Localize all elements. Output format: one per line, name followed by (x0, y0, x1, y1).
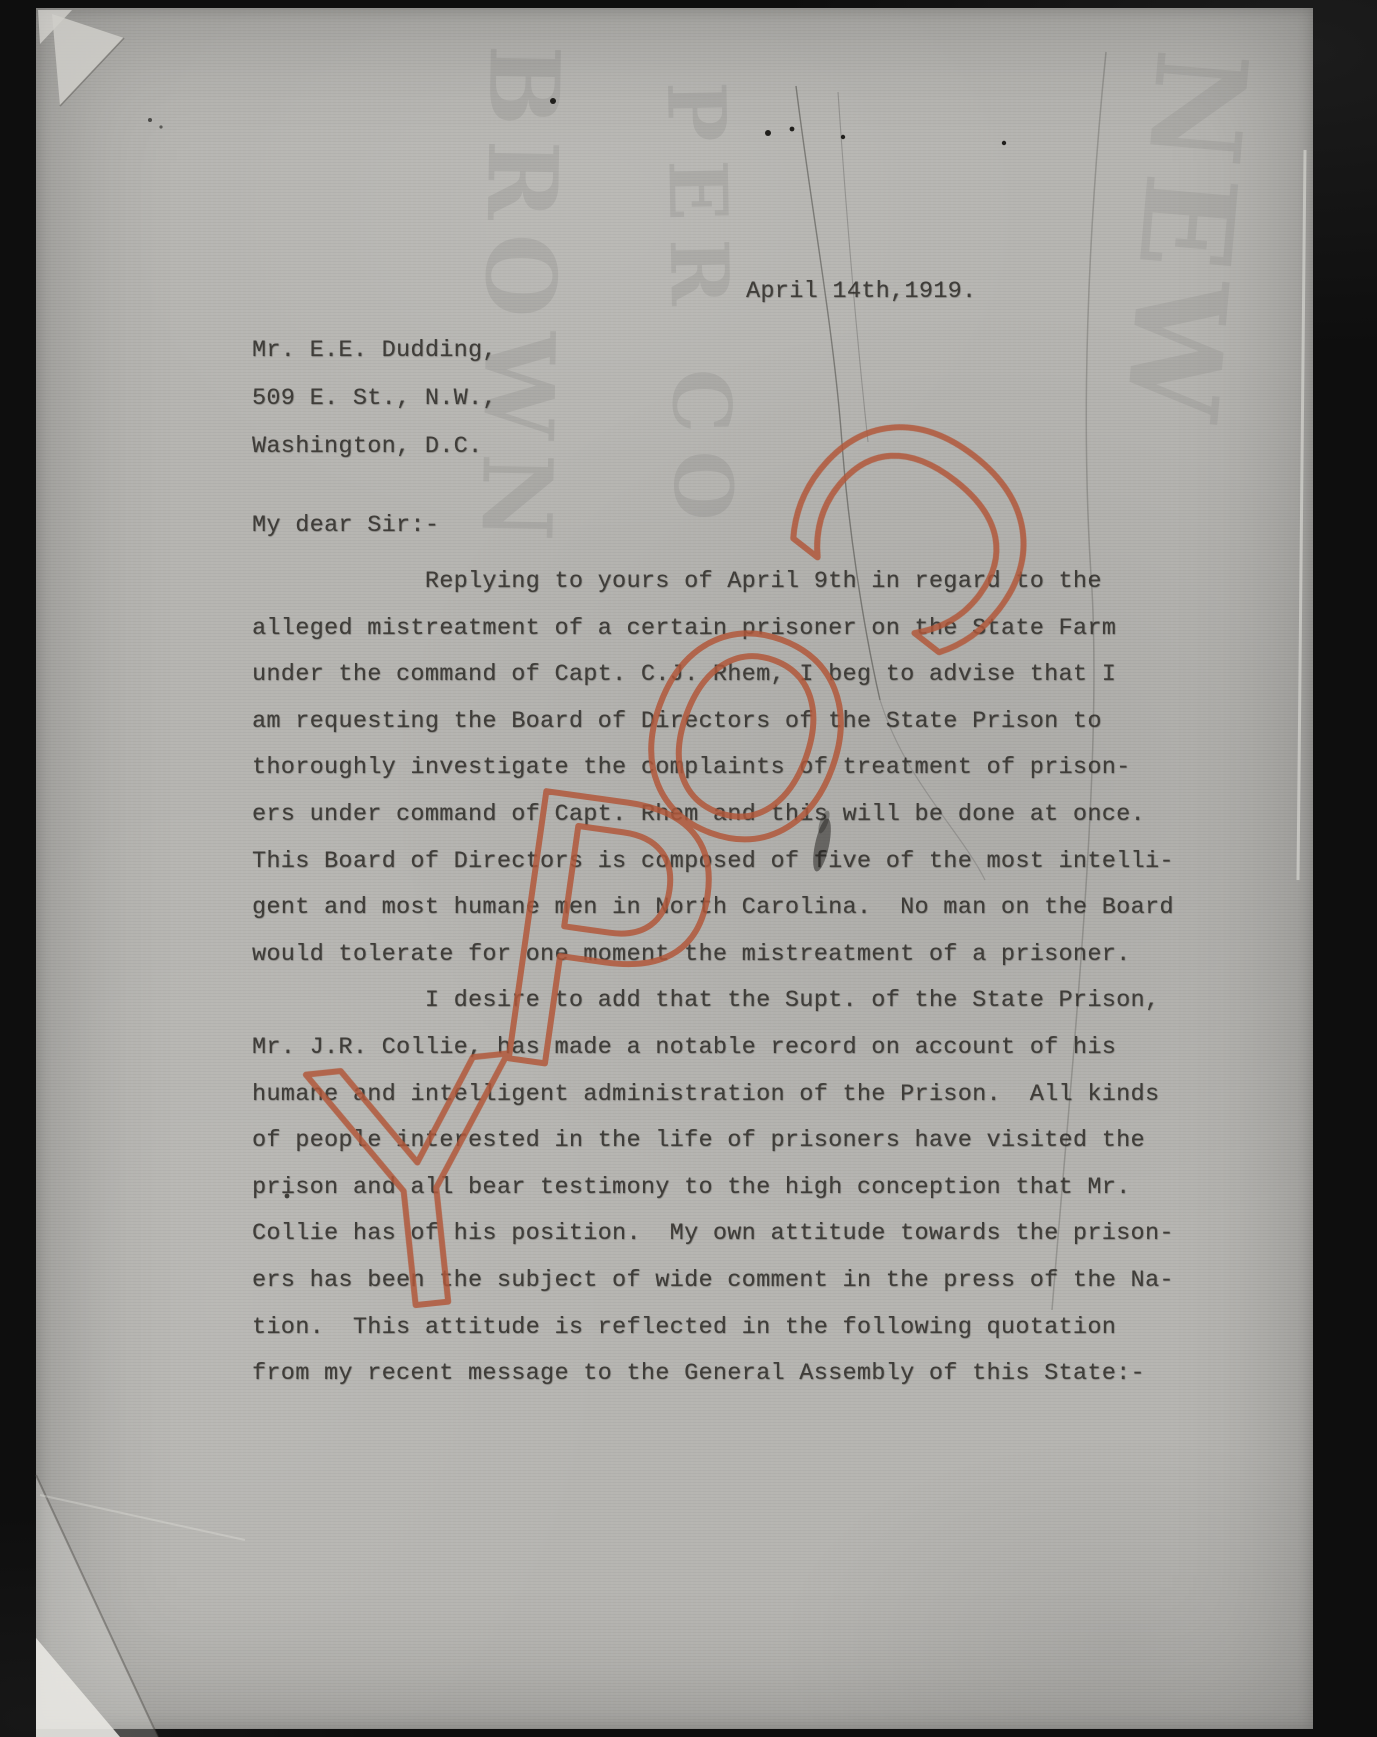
body-line: from my recent message to the General As… (252, 1351, 1174, 1398)
body-line: Replying to yours of April 9th in regard… (252, 559, 1174, 606)
recipient-city: Washington, D.C. (252, 423, 497, 471)
recipient-address-block: Mr. E.E. Dudding, 509 E. St., N.W., Wash… (252, 327, 497, 471)
body-line: thoroughly investigate the complaints of… (252, 745, 1174, 792)
body-line: ers has been the subject of wide comment… (252, 1258, 1174, 1305)
body-line: gent and most humane men in North Caroli… (252, 885, 1174, 932)
body-line: ers under command of Capt. Rhem and this… (252, 792, 1174, 839)
recipient-street: 509 E. St., N.W., (252, 375, 497, 423)
body-line: under the command of Capt. C.J. Rhem, I … (252, 652, 1174, 699)
recipient-name: Mr. E.E. Dudding, (252, 327, 497, 375)
body-line: would tolerate for one moment the mistre… (252, 932, 1174, 979)
body-line: prison and all bear testimony to the hig… (252, 1165, 1174, 1212)
date-line: April 14th,1919. (746, 278, 976, 305)
letter-body: Replying to yours of April 9th in regard… (252, 559, 1174, 1398)
scanned-letter-page: BROWN PER CO NEW April 14th,1919. Mr. E.… (0, 0, 1377, 1737)
body-line: of people interested in the life of pris… (252, 1118, 1174, 1165)
body-line: Collie has of his position. My own attit… (252, 1211, 1174, 1258)
salutation: My dear Sir:- (252, 512, 439, 539)
body-line: alleged mistreatment of a certain prison… (252, 606, 1174, 653)
body-line: humane and intelligent administration of… (252, 1072, 1174, 1119)
body-line: Mr. J.R. Collie, has made a notable reco… (252, 1025, 1174, 1072)
body-line: am requesting the Board of Directors of … (252, 699, 1174, 746)
body-line: tion. This attitude is reflected in the … (252, 1305, 1174, 1352)
body-line: I desire to add that the Supt. of the St… (252, 978, 1174, 1025)
body-line: This Board of Directors is composed of f… (252, 839, 1174, 886)
